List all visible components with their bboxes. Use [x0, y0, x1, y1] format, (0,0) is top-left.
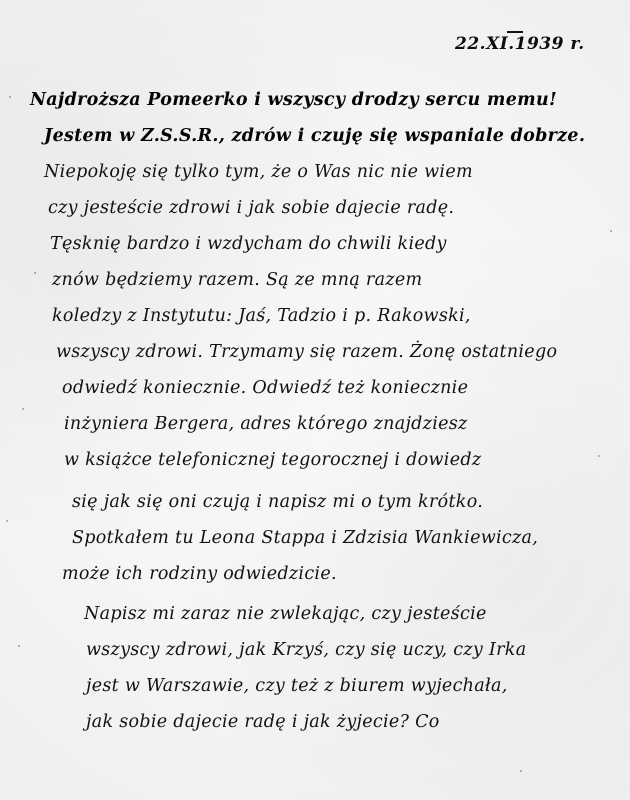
- letter-line-13: Spotkałem tu Leona Stappa i Zdzisia Wank…: [72, 530, 538, 548]
- letter-line-1: Najdroższa Pomeerko i wszyscy drodzy ser…: [30, 92, 557, 110]
- letter-line-6: znów będziemy razem. Są ze mną razem: [52, 272, 422, 290]
- letter-line-9: odwiedź koniecznie. Odwiedź też konieczn…: [62, 380, 468, 398]
- letter-line-18: jak sobie dajecie radę i jak żyjecie? Co: [86, 714, 440, 732]
- letter-line-4: czy jesteście zdrowi i jak sobie dajecie…: [48, 200, 454, 218]
- scan-speck: [18, 645, 20, 647]
- scan-speck: [598, 455, 600, 457]
- letter-line-11: w książce telefonicznej tegorocznej i do…: [64, 452, 481, 470]
- letter-line-16: wszyscy zdrowi, jak Krzyś, czy się uczy,…: [86, 642, 526, 660]
- letter-date-text: 22.XI.1939 r.: [455, 34, 585, 54]
- letter-line-2: Jestem w Z.S.S.R., zdrów i czuję się wsp…: [44, 128, 585, 146]
- letter-page: 22.XI.1939 r. Najdroższa Pomeerko i wszy…: [0, 0, 630, 800]
- letter-line-17: jest w Warszawie, czy też z biurem wyjec…: [86, 678, 508, 696]
- scan-speck: [610, 230, 612, 232]
- letter-line-8: wszyscy zdrowi. Trzymamy się razem. Żonę…: [56, 344, 557, 362]
- scan-speck: [9, 96, 11, 98]
- scan-speck: [520, 770, 522, 772]
- letter-line-15: Napisz mi zaraz nie zwlekając, czy jeste…: [84, 606, 487, 624]
- scan-speck: [22, 408, 24, 410]
- letter-line-5: Tęsknię bardzo i wzdycham do chwili kied…: [50, 236, 447, 254]
- letter-line-10: inżyniera Bergera, adres którego znajdzi…: [64, 416, 468, 434]
- scan-speck: [6, 520, 8, 522]
- letter-line-14: może ich rodziny odwiedzicie.: [62, 566, 337, 584]
- letter-line-12: się jak się oni czują i napisz mi o tym …: [72, 494, 483, 512]
- letter-line-3: Niepokoję się tylko tym, że o Was nic ni…: [44, 164, 473, 182]
- date-overline: [507, 31, 523, 33]
- letter-date: 22.XI.1939 r.: [455, 34, 585, 54]
- scan-speck: [34, 272, 36, 274]
- letter-line-7: koledzy z Instytutu: Jaś, Tadzio i p. Ra…: [52, 308, 471, 326]
